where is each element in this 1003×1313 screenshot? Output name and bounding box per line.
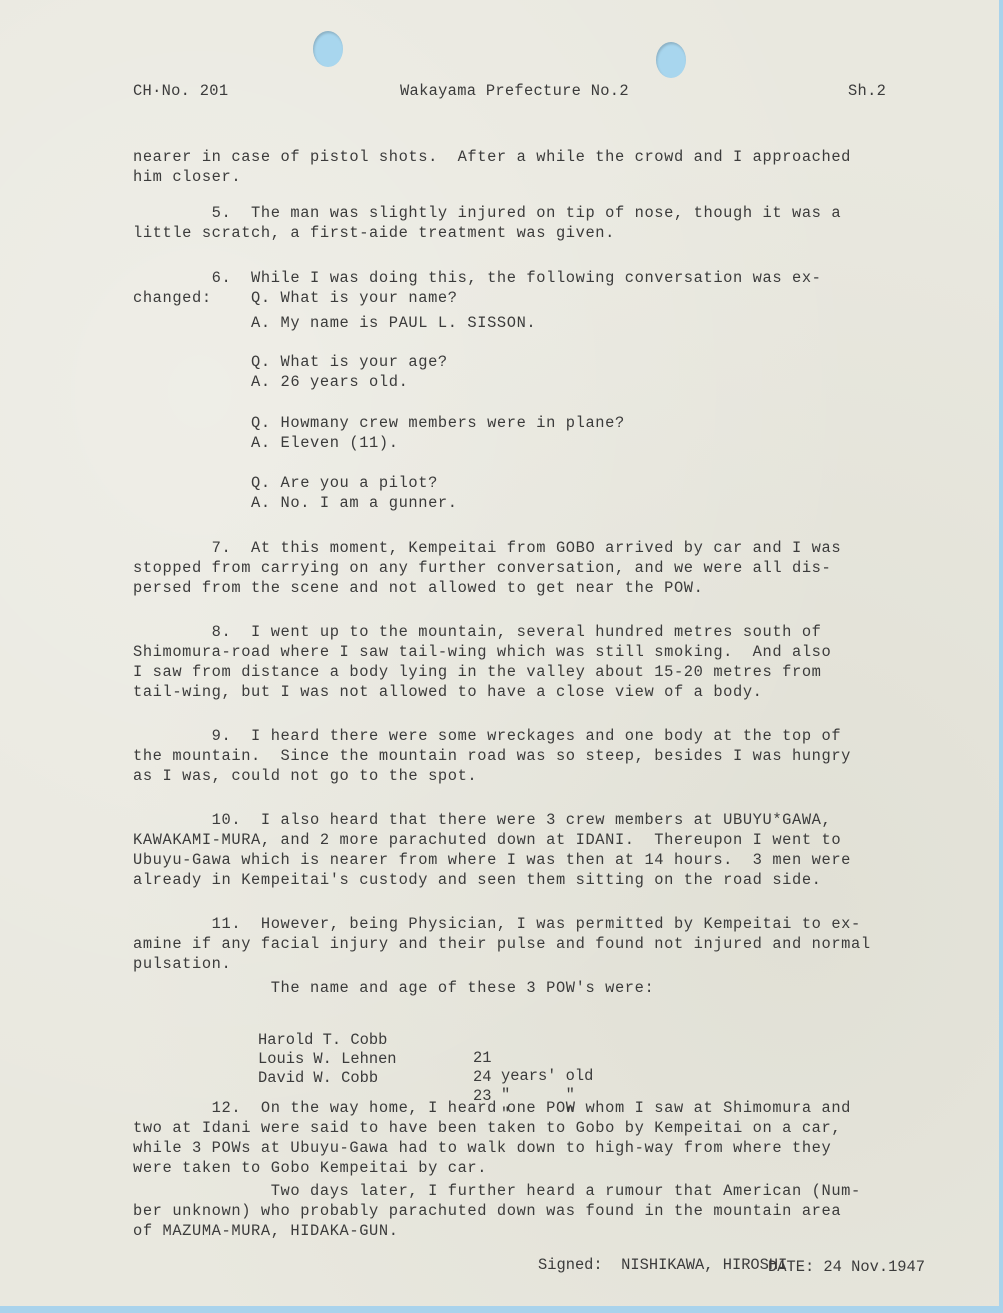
text-line: amine if any facial injury and their pul… — [133, 934, 871, 954]
text-line: the mountain. Since the mountain road wa… — [133, 746, 851, 766]
pow-age: 23 — [473, 1087, 491, 1105]
text-line: A. Eleven (11). — [133, 433, 399, 453]
pow-list: Harold T. Cobb 21 years' old Louis W. Le… — [258, 1013, 313, 1070]
text-line: changed: Q. What is your name? — [133, 288, 458, 308]
punch-hole — [656, 42, 686, 78]
text-line: stopped from carrying on any further con… — [133, 558, 831, 578]
text-line: The name and age of these 3 POW's were: — [133, 978, 654, 998]
text-line: of MAZUMA-MURA, HIDAKA-GUN. — [133, 1221, 399, 1241]
signature: Signed: NISHIKAWA, HIROSHI — [538, 1256, 787, 1274]
text-line: as I was, could not go to the spot. — [133, 766, 477, 786]
text-line: 10. I also heard that there were 3 crew … — [133, 810, 831, 830]
text-line: Q. What is your age? — [133, 352, 448, 372]
text-line: KAWAKAMI-MURA, and 2 more parachuted dow… — [133, 830, 841, 850]
text-line: Two days later, I further heard a rumour… — [133, 1181, 861, 1201]
text-line: two at Idani were said to have been take… — [133, 1118, 841, 1138]
text-line: little scratch, a first-aide treatment w… — [133, 223, 615, 243]
text-line: Shimomura-road where I saw tail-wing whi… — [133, 642, 831, 662]
text-line: A. 26 years old. — [133, 372, 408, 392]
text-line: Q. Are you a pilot? — [133, 473, 438, 493]
document-title: Wakayama Prefecture No.2 — [400, 82, 629, 100]
text-line: 5. The man was slightly injured on tip o… — [133, 203, 841, 223]
text-line: while 3 POWs at Ubuyu-Gawa had to walk d… — [133, 1138, 831, 1158]
pow-age: 24 — [473, 1068, 491, 1086]
text-line: pulsation. — [133, 954, 231, 974]
case-number: CH·No. 201 — [133, 82, 228, 100]
text-line: persed from the scene and not allowed to… — [133, 578, 703, 598]
text-line: 9. I heard there were some wreckages and… — [133, 726, 841, 746]
text-line: him closer. — [133, 167, 241, 187]
sheet-number: Sh.2 — [848, 82, 886, 100]
text-line: A. No. I am a gunner. — [133, 493, 458, 513]
text-line: Q. Howmany crew members were in plane? — [133, 413, 625, 433]
text-line: Ubuyu-Gawa which is nearer from where I … — [133, 850, 851, 870]
text-line: nearer in case of pistol shots. After a … — [133, 147, 851, 167]
text-line: A. My name is PAUL L. SISSON. — [133, 313, 536, 333]
pow-age-unit: " " — [501, 1086, 575, 1104]
text-line: I saw from distance a body lying in the … — [133, 662, 822, 682]
text-line: 8. I went up to the mountain, several hu… — [133, 622, 822, 642]
document-page: CH·No. 201 Wakayama Prefecture No.2 Sh.2… — [0, 0, 999, 1306]
pow-row: Harold T. Cobb 21 years' old — [258, 1013, 313, 1032]
pow-name: David W. Cobb — [258, 1069, 378, 1087]
punch-hole — [313, 31, 343, 67]
text-line: 12. On the way home, I heard one POW who… — [133, 1098, 851, 1118]
signature-date: DATE: 24 Nov.1947 — [768, 1258, 925, 1276]
text-line: 6. While I was doing this, the following… — [133, 268, 822, 288]
text-line: 7. At this moment, Kempeitai from GOBO a… — [133, 538, 841, 558]
pow-age: 21 — [473, 1049, 491, 1067]
text-line: already in Kempeitai's custody and seen … — [133, 870, 822, 890]
pow-age-unit: " " — [501, 1105, 575, 1123]
text-line: 11. However, being Physician, I was perm… — [133, 914, 861, 934]
text-line: tail-wing, but I was not allowed to have… — [133, 682, 763, 702]
text-line: ber unknown) who probably parachuted dow… — [133, 1201, 841, 1221]
pow-age-unit: years' old — [501, 1067, 593, 1085]
text-line: were taken to Gobo Kempeitai by car. — [133, 1158, 487, 1178]
pow-row: David W. Cobb 23 " " — [258, 1051, 313, 1070]
pow-row: Louis W. Lehnen 24 " " — [258, 1032, 313, 1051]
